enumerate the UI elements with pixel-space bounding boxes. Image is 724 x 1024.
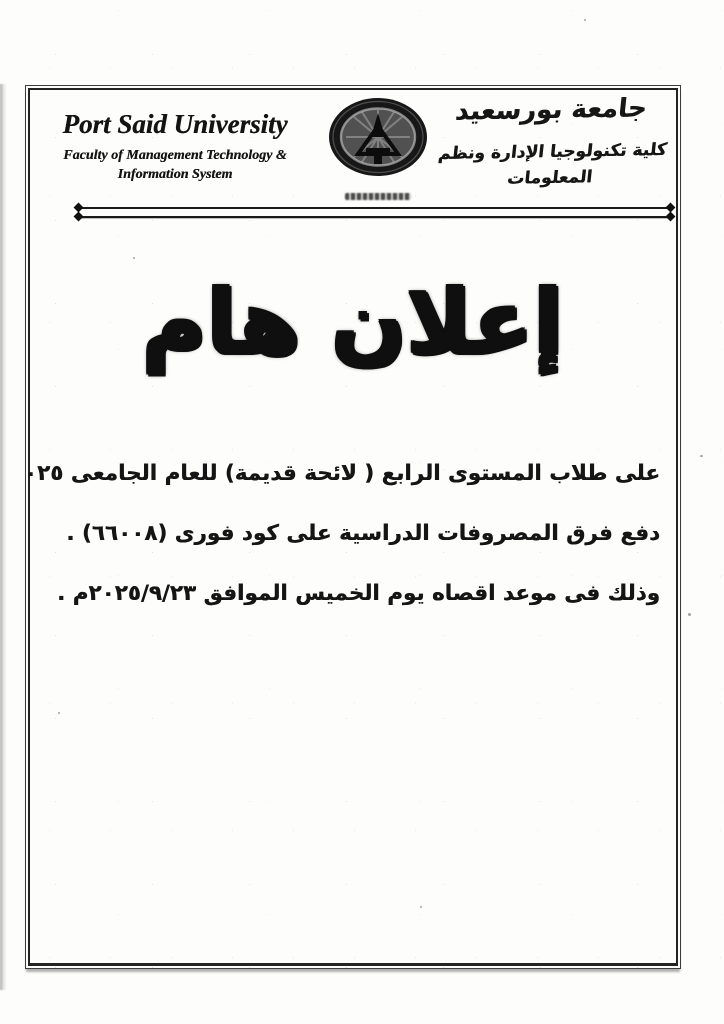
seal-graphic	[326, 96, 430, 188]
letterhead-english: Port Said University Faculty of Manageme…	[46, 108, 304, 184]
scan-speck	[584, 19, 586, 21]
announcement-body: على طلاب المستوى الرابع ( لائحة قديمة) ل…	[54, 444, 660, 624]
body-line-students: على طلاب المستوى الرابع ( لائحة قديمة) ل…	[54, 444, 660, 504]
double-rule-divider	[78, 207, 671, 218]
body-line-payment: دفع فرق المصروفات الدراسية على كود فورى …	[54, 504, 660, 564]
university-name-arabic: جامعة بورسعيد	[428, 88, 675, 132]
seal-caption-smudge	[345, 193, 411, 200]
divider-line-bottom	[78, 216, 671, 218]
letterhead-arabic: جامعة بورسعيد كلية تكنولوجيا الإدارة ونظ…	[430, 90, 672, 191]
university-seal-icon	[326, 96, 430, 200]
scanned-announcement-page: Port Said University Faculty of Manageme…	[0, 0, 724, 1024]
scan-speck	[688, 613, 691, 616]
faculty-name-english-line1: Faculty of Management Technology &	[46, 147, 304, 166]
scan-edge-artifact	[0, 84, 7, 990]
faculty-name-english-line2: Information System	[46, 166, 304, 185]
announcement-title: إعلان هام	[26, 258, 680, 388]
faculty-name-arabic: كلية تكنولوجيا الإدارة ونظم المعلومات	[427, 137, 675, 193]
university-name-english: Port Said University	[46, 108, 304, 140]
announcement-border-frame: Port Said University Faculty of Manageme…	[25, 85, 681, 969]
body-line-deadline: وذلك فى موعد اقصاه يوم الخميس الموافق ٢٠…	[54, 564, 660, 624]
divider-line-top	[78, 207, 671, 209]
scan-speck	[700, 455, 703, 457]
